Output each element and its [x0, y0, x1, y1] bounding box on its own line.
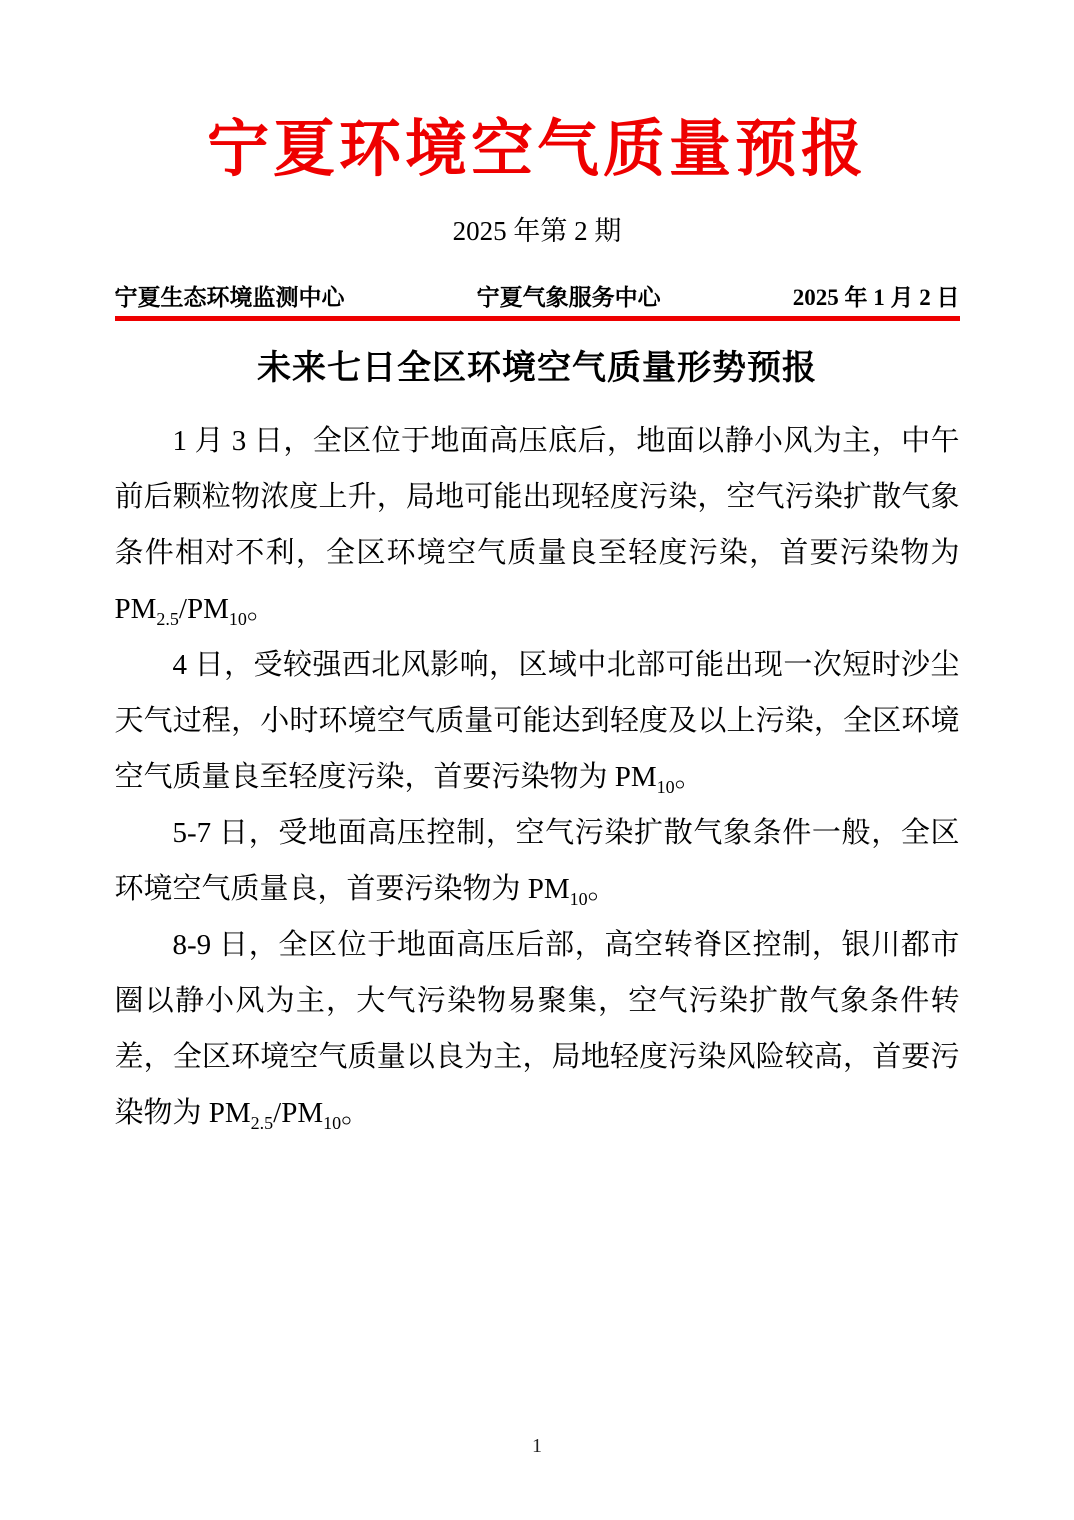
subscript-text: 10 [229, 609, 247, 629]
paragraph-text: 。 [675, 761, 704, 793]
org-name-left: 宁夏生态环境监测中心 [115, 283, 345, 313]
section-title: 未来七日全区环境空气质量形势预报 [115, 348, 960, 389]
header-date: 2025 年 1 月 2 日 [793, 283, 960, 313]
subscript-text: 10 [323, 1113, 341, 1133]
page-number: 1 [0, 1434, 1074, 1458]
paragraph-text: /PM [273, 1097, 323, 1129]
body-paragraph: 1 月 3 日，全区位于地面高压底后，地面以静小风为主，中午前后颗粒物浓度上升，… [115, 413, 960, 637]
header-row: 宁夏生态环境监测中心 宁夏气象服务中心 2025 年 1 月 2 日 [115, 283, 960, 313]
paragraph-text: 。 [247, 593, 276, 625]
document-content: 宁夏环境空气质量预报 2025 年第 2 期 宁夏生态环境监测中心 宁夏气象服务… [115, 116, 960, 1141]
paragraph-text: 8-9 日，全区位于地面高压后部，高空转脊区控制，银川都市圈以静小风为主，大气污… [115, 929, 960, 1129]
paragraph-text: 5-7 日，受地面高压控制，空气污染扩散气象条件一般，全区环境空气质量良，首要污… [115, 817, 960, 905]
document-page: 宁夏环境空气质量预报 2025 年第 2 期 宁夏生态环境监测中心 宁夏气象服务… [0, 0, 1074, 1520]
paragraph-text: 。 [588, 873, 617, 905]
red-divider-rule [115, 316, 960, 321]
paragraph-text: 1 月 3 日，全区位于地面高压底后，地面以静小风为主，中午前后颗粒物浓度上升，… [115, 425, 960, 625]
body-paragraph: 8-9 日，全区位于地面高压后部，高空转脊区控制，银川都市圈以静小风为主，大气污… [115, 917, 960, 1141]
subscript-text: 10 [657, 777, 675, 797]
org-name-center: 宁夏气象服务中心 [477, 283, 661, 313]
body-paragraph: 4 日，受较强西北风影响，区域中北部可能出现一次短时沙尘天气过程，小时环境空气质… [115, 637, 960, 805]
subscript-text: 2.5 [156, 609, 178, 629]
document-title: 宁夏环境空气质量预报 [115, 116, 960, 184]
paragraph-text: 4 日，受较强西北风影响，区域中北部可能出现一次短时沙尘天气过程，小时环境空气质… [115, 649, 960, 793]
subscript-text: 10 [570, 889, 588, 909]
subscript-text: 2.5 [251, 1113, 273, 1133]
paragraph-text: 。 [341, 1097, 370, 1129]
document-body: 1 月 3 日，全区位于地面高压底后，地面以静小风为主，中午前后颗粒物浓度上升，… [115, 413, 960, 1141]
issue-line: 2025 年第 2 期 [115, 214, 960, 249]
body-paragraph: 5-7 日，受地面高压控制，空气污染扩散气象条件一般，全区环境空气质量良，首要污… [115, 805, 960, 917]
paragraph-text: /PM [179, 593, 229, 625]
